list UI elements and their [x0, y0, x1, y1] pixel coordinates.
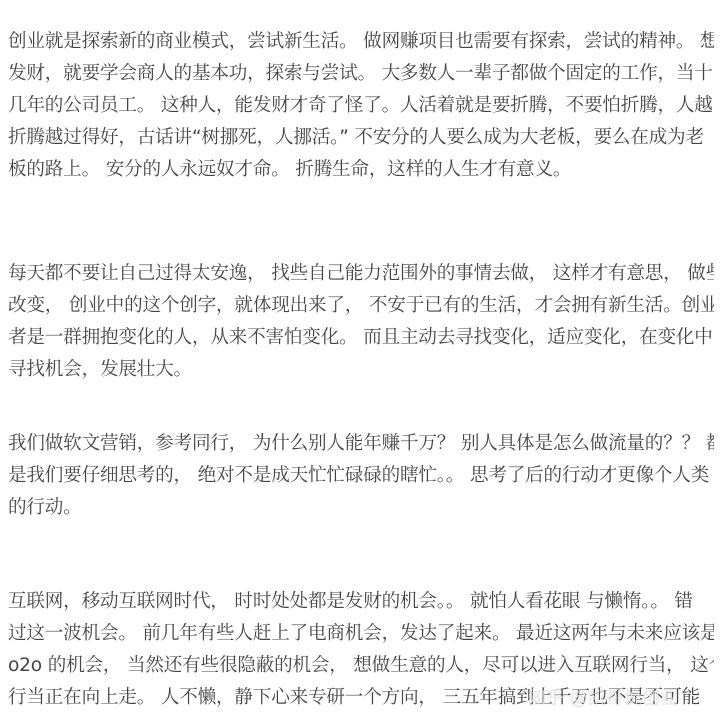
text-line: 折腾越过得好，古话讲“树挪死，人挪活。” 不安分的人要么成为大老板，要么在成为老 — [8, 122, 714, 154]
text-line: 的行动。 — [8, 492, 714, 524]
text-line: 过这一波机会。 前几年有些人赶上了电商机会，发达了起来。 最近这两年与未来应该是 — [8, 618, 714, 650]
text-line: 改变， 创业中的这个创字，就体现出来了， 不安于已有的生活，才会拥有新生活。创业 — [8, 290, 714, 322]
watermark: 知乎 @凯哥说创业 — [528, 686, 678, 712]
text-line: o2o 的机会， 当然还有些很隐蔽的机会， 想做生意的人，尽可以进入互联网行当，… — [8, 650, 714, 682]
paragraph-change: 每天都不要让自己过得太安逸， 找些自己能力范围外的事情去做， 这样才有意思， 做… — [8, 258, 714, 386]
text-line: 者是一群拥抱变化的人，从来不害怕变化。 而且主动去寻找变化，适应变化，在变化中 — [8, 322, 714, 354]
text-line: 我们做软文营销，参考同行， 为什么别人能年赚千万？ 别人具体是怎么做流量的？？ … — [8, 428, 714, 460]
text-line: 发财，就要学会商人的基本功，探索与尝试。 大多数人一辈子都做个固定的工作，当十 — [8, 58, 714, 90]
text-line: 是我们要仔细思考的， 绝对不是成天忙忙碌碌的瞎忙。。 思考了后的行动才更像个人类 — [8, 460, 714, 492]
text-line: 互联网，移动互联网时代， 时时处处都是发财的机会。。 就怕人看花眼 与懒惰。。 … — [8, 586, 714, 618]
text-line: 寻找机会，发展壮大。 — [8, 354, 714, 386]
paragraph-entrepreneurship: 创业就是探索新的商业模式，尝试新生活。 做网赚项目也需要有探索，尝试的精神。 想… — [8, 26, 714, 186]
text-line: 每天都不要让自己过得太安逸， 找些自己能力范围外的事情去做， 这样才有意思， 做… — [8, 258, 714, 290]
text-line: 板的路上。 安分的人永远奴才命。 折腾生命，这样的人生才有意义。 — [8, 154, 714, 186]
text-line: 几年的公司员工。 这种人，能发财才奇了怪了。人活着就是要折腾，不要怕折腾，人越 — [8, 90, 714, 122]
text-line: 创业就是探索新的商业模式，尝试新生活。 做网赚项目也需要有探索，尝试的精神。 想 — [8, 26, 714, 58]
paragraph-marketing: 我们做软文营销，参考同行， 为什么别人能年赚千万？ 别人具体是怎么做流量的？？ … — [8, 428, 714, 524]
